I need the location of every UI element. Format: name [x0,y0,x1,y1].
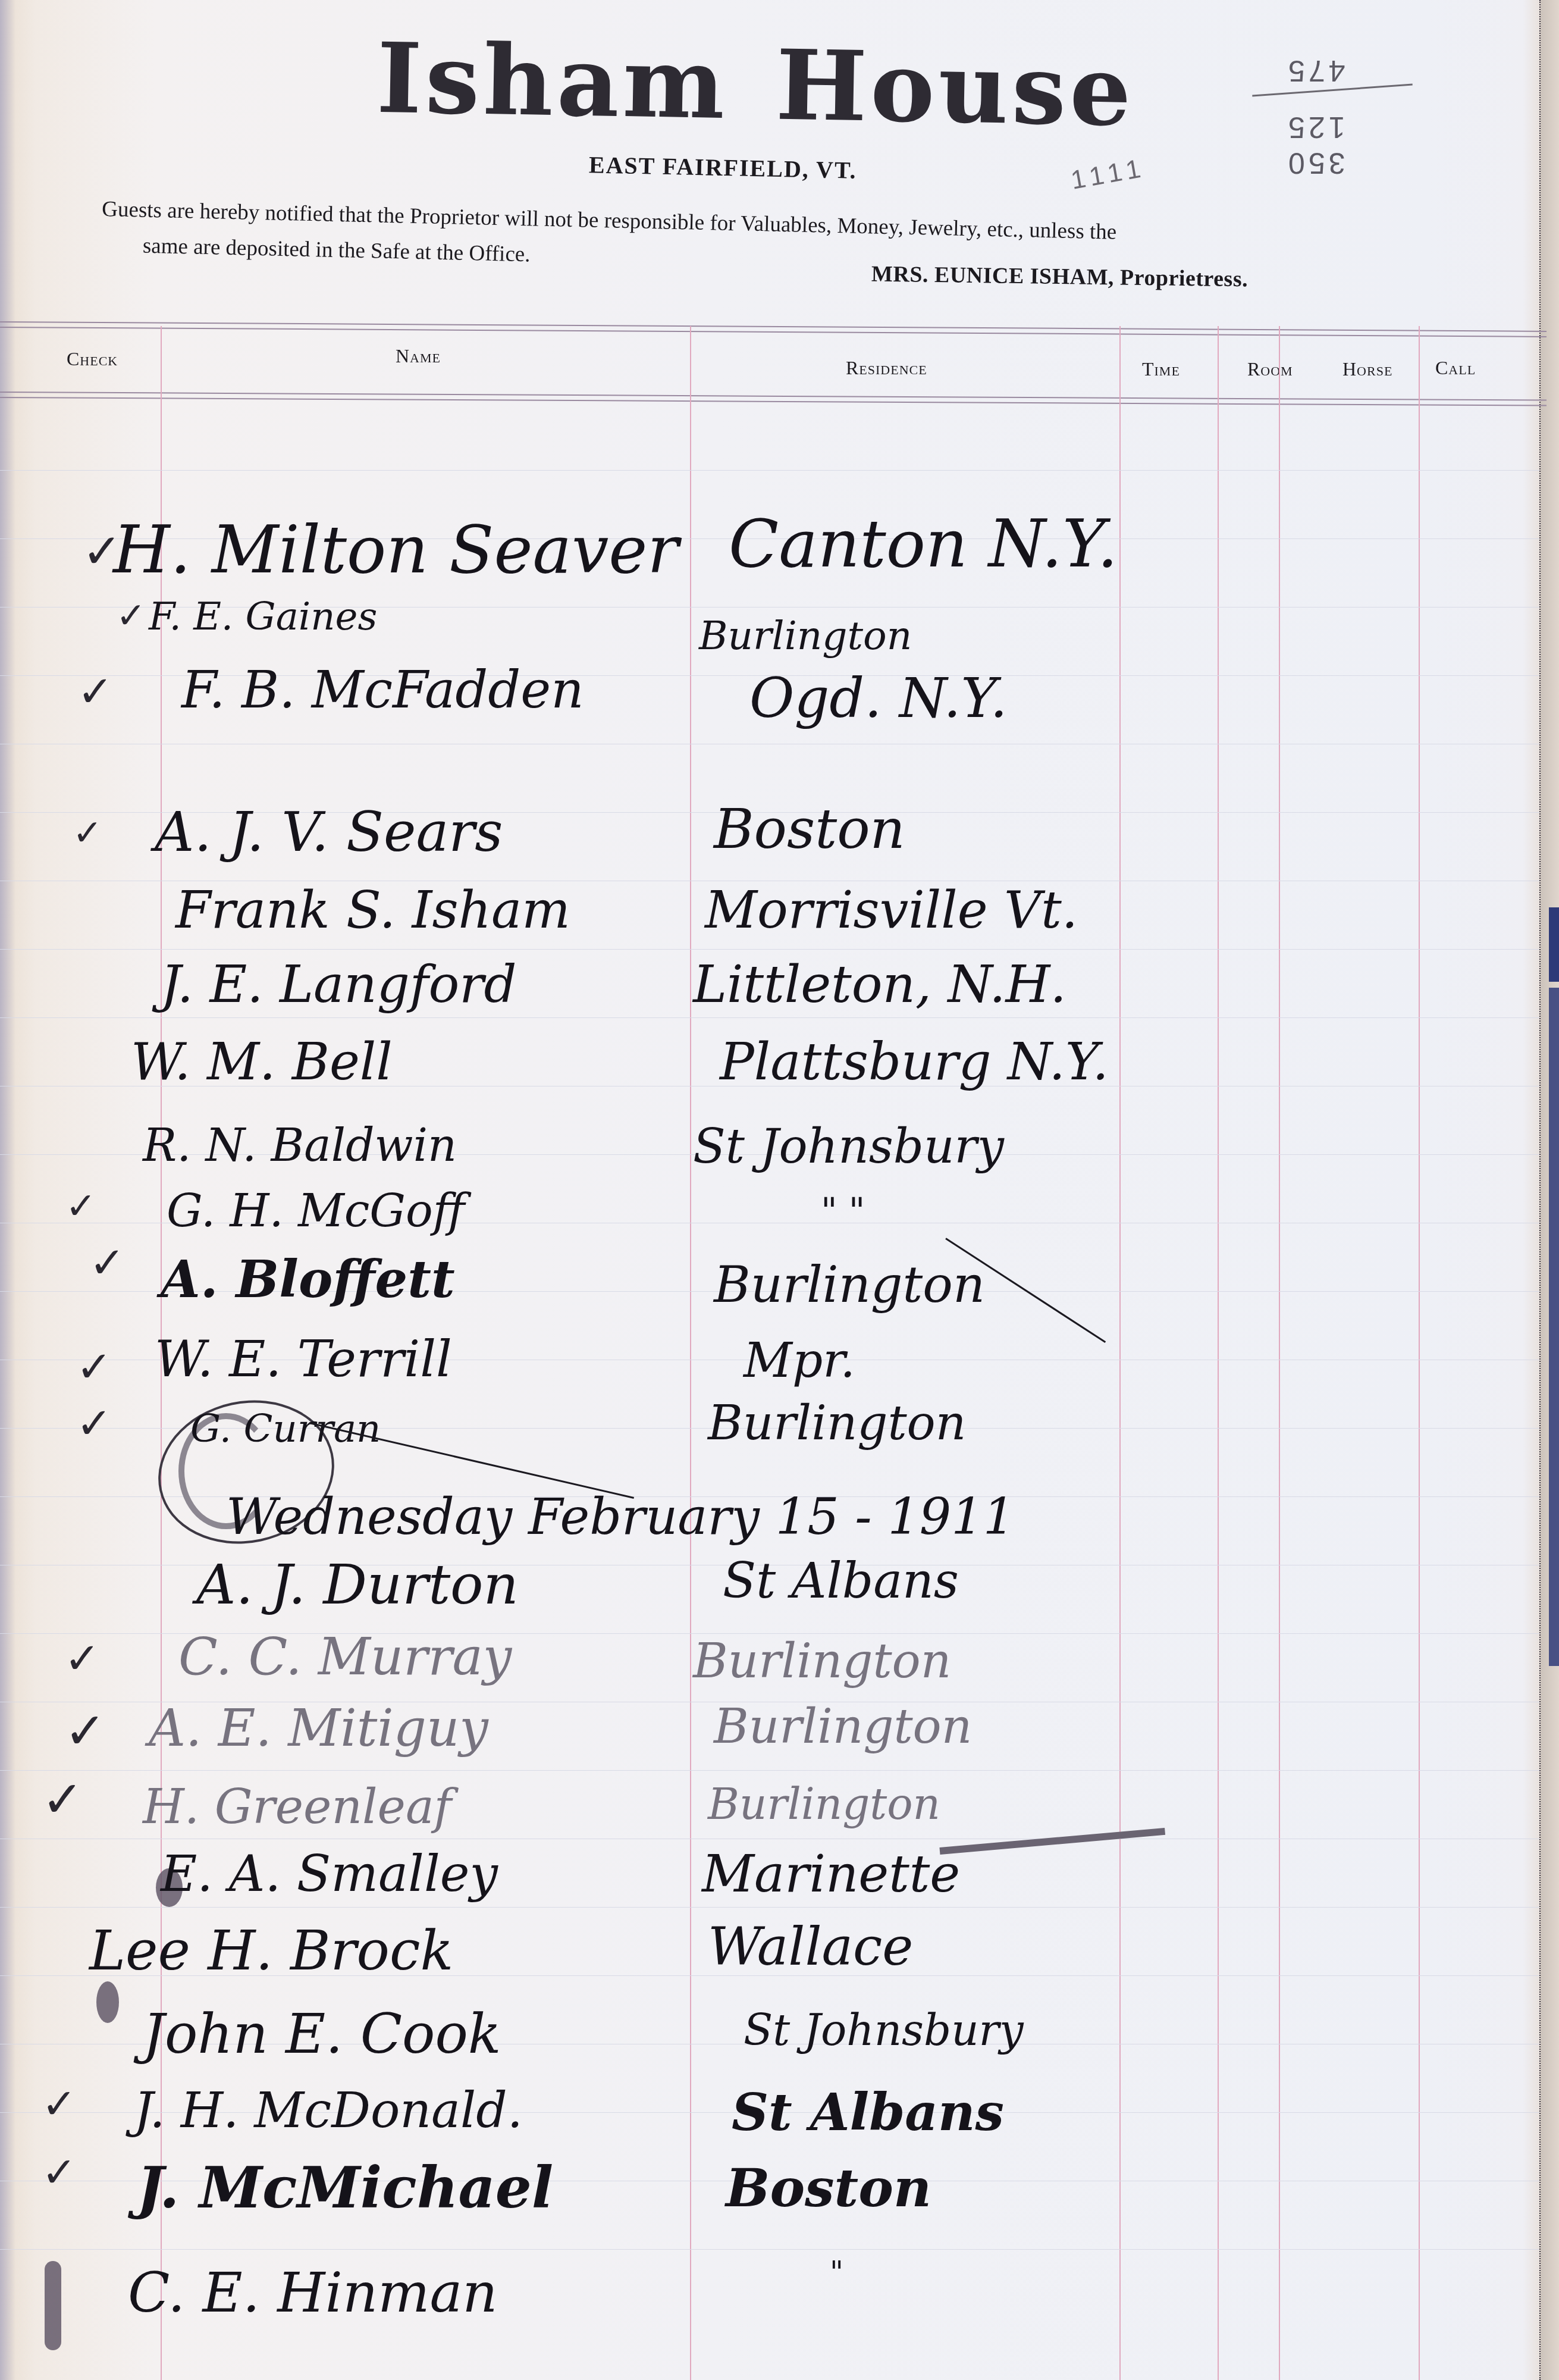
check-mark: ✓ [73,812,102,854]
guest-name: H. Greenleaf [143,1779,451,1834]
guest-residence: St Albans [723,1553,959,1609]
register-page: IshamHouse EAST FAIRFIELD, VT. Guests ar… [0,0,1559,2380]
check-mark: ✓ [76,1342,112,1392]
column-header-horse: Horse [1342,358,1392,380]
guest-name: F. B. McFadden [181,660,584,720]
pencil-tick-marks: 1111 [1069,153,1149,195]
guest-name: J. McMichael [137,2154,553,2221]
guest-name: A. J. V. Sears [155,800,503,864]
guest-name: Lee H. Brock [89,1919,453,1983]
check-mark: ✓ [64,1633,100,1683]
column-rule [1279,326,1280,2380]
guest-residence: Wallace [708,1916,913,1977]
ledger-line [0,1770,1539,1771]
guest-residence: Burlington [714,1699,972,1754]
column-header-room: Room [1247,358,1293,380]
pencil-note: 475 [1285,54,1345,88]
guest-name: F. E. Gaines [149,595,377,639]
ledger-line [0,744,1539,744]
column-rule [690,326,691,2380]
guest-residence: Burlington [714,1255,985,1314]
guest-name: John E. Cook [143,2002,501,2066]
title-word-house: House [775,29,1135,148]
check-mark: ✓ [77,666,113,716]
pencil-note: 125 [1285,110,1345,145]
date-line: Wednesday February 15 - 1911 [226,1487,1015,1546]
guest-name: E. A. Smalley [161,1844,498,1903]
guest-name: G. H. McGoff [167,1184,465,1237]
guest-residence: Boston [726,2157,931,2219]
guest-name: W. M. Bell [131,1032,393,1092]
guest-residence: St Johnsbury [744,2005,1024,2055]
pencil-note: 350 [1285,146,1345,180]
guest-residence: Ogd. N.Y. [749,666,1008,730]
guest-name: J. H. McDonald. [134,2082,523,2139]
guest-residence: St Albans [732,2082,1004,2143]
column-header-check: Check [67,348,118,370]
guest-residence: Marinette [702,1844,960,1904]
header-rule-bottom [0,392,1547,406]
gutter-shadow [0,0,15,2380]
guest-residence: Burlington [708,1395,966,1451]
column-header-call: Call [1435,357,1476,379]
guest-residence: Mpr. [744,1333,855,1388]
guest-residence: " " [821,1190,865,1232]
guest-residence: Morrisville Vt. [705,881,1078,940]
check-mark: ✓ [42,2080,77,2128]
check-mark: ✓ [89,1238,125,1288]
guest-residence: " [830,2255,843,2290]
check-mark: ✓ [42,1770,83,1828]
guest-name: C. E. Hinman [128,2261,498,2325]
guest-name: H. Milton Seaver [113,512,679,588]
ledger-line [0,470,1539,471]
guest-residence: Burlington [693,1633,951,1689]
guest-residence: Canton N.Y. [729,506,1118,582]
ledger-line [0,1907,1539,1908]
guest-residence: Boston [714,797,905,861]
ledger-line [0,1839,1539,1839]
column-rule [1218,326,1219,2380]
ink-smear [939,1828,1165,1855]
guest-name: R. N. Baldwin [143,1119,457,1172]
check-mark: ✓ [76,1398,112,1448]
proprietress-line: MRS. EUNICE ISHAM, Proprietress. [871,261,1249,293]
ledger-line [0,1017,1539,1018]
check-mark: ✓ [116,595,146,637]
guest-name: J. E. Langford [161,955,517,1014]
ink-blot [96,1981,119,2023]
guest-name: Frank S. Isham [175,881,570,940]
guest-residence: Littleton, N.H. [693,955,1066,1014]
guest-name: A. E. Mitiguy [149,1699,488,1758]
check-mark: ✓ [65,1184,96,1227]
guest-name: W. E. Terrill [155,1330,452,1388]
guest-name: C. C. Murray [178,1627,512,1687]
ink-blot [45,2261,61,2350]
guest-residence: Burlington [708,1779,940,1829]
guest-residence: Plattsburg N.Y. [720,1032,1109,1092]
check-mark: ✓ [64,1702,106,1760]
column-rule [1419,326,1420,2380]
binding-mark [1549,907,1559,982]
guest-name: A. Bloffett [161,1249,455,1310]
location-line: EAST FAIRFIELD, VT. [589,151,858,184]
check-mark: ✓ [42,2148,77,2197]
guest-name: G. Curran [190,1407,381,1451]
guest-name: A. J. Durton [196,1553,519,1617]
column-header-residence: Residence [846,357,927,379]
ledger-line [0,949,1539,950]
column-rule [1119,326,1121,2380]
title-word-isham: Isham [376,22,729,141]
column-header-time: Time [1142,358,1180,380]
column-header-name: Name [396,345,441,367]
binding-mark [1549,988,1559,1666]
header-rule-top [0,321,1547,337]
ledger-line [0,2249,1539,2250]
guest-residence: Burlington [699,613,912,659]
guest-residence: St Johnsbury [693,1119,1004,1174]
